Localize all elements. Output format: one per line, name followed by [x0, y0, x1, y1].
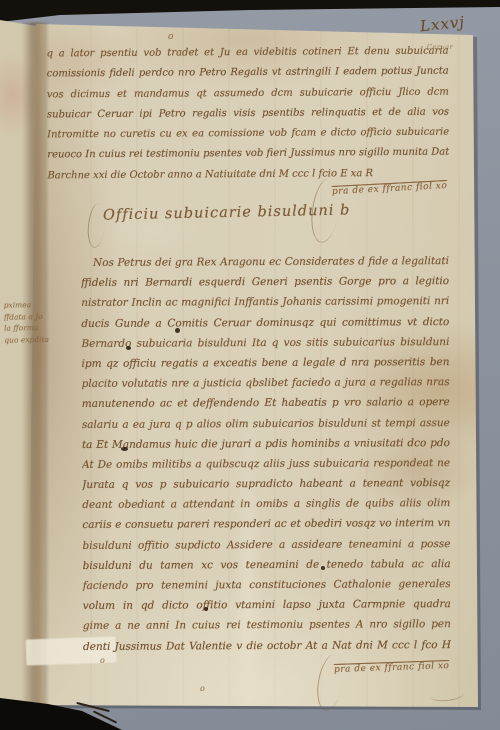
handwritten-line: nistrator Inclin ac magnifici Inffantis …: [81, 291, 449, 313]
left-margin-note: pximeaffdata a Jola fformaquo expdita: [4, 298, 81, 345]
handwritten-line: quo expdita: [4, 333, 80, 346]
handwritten-line: volum in qd dicto offitio vtamini lapso …: [83, 594, 451, 616]
handwritten-line: Bernardo subuicaria bisulduni Ita q vos …: [81, 332, 449, 354]
ink-blot: [321, 566, 325, 570]
handwritten-line: Jurata q vos p subuicario supradicto hab…: [82, 473, 450, 495]
handwritten-line: ffidelis nri Bernardi esquerdi Generi ps…: [81, 271, 449, 293]
pen-flourish: [429, 686, 464, 702]
handwritten-line: q a lator psentiu vob tradet et Ju ea vi…: [47, 42, 449, 65]
pen-trial-mark: o: [200, 684, 205, 693]
handwritten-line: deant obediant a attendant in omibs a si…: [82, 493, 450, 515]
handwritten-line: faciendo pro tenemini juxta constitucion…: [83, 574, 451, 596]
handwritten-line: Barchne xxi die Octobr anno a Natiuitate…: [47, 164, 393, 187]
handwritten-line: gime a ne anni In cuius rei testimoniu p…: [83, 614, 451, 636]
ink-blot: [121, 447, 128, 451]
handwritten-line: At De omibs militibs a quibscuqz aliis j…: [82, 453, 450, 475]
pen-trial-mark: o: [100, 656, 105, 665]
handwritten-line: manutenendo ac et deffendendo Et habeati…: [82, 392, 450, 414]
ink-blot: [204, 607, 208, 611]
handwritten-line: ta Et Mandamus huic die jurari a pdis ho…: [82, 433, 450, 455]
manuscript-photo: Lxxvj Ceruar q a lator psentiu vob trade…: [0, 0, 500, 730]
handwritten-line: salariu a ea jura q p alios olim subuica…: [82, 413, 450, 435]
folio-number: Lxxvj: [419, 13, 466, 36]
paragraph-2: Nos Petrus dei gra Rex Aragonu ec Consid…: [81, 251, 451, 657]
handwriting-layer: Lxxvj Ceruar q a lator psentiu vob trade…: [0, 0, 500, 730]
handwritten-line: bisulduni offitio supdicto Assidere a as…: [82, 534, 450, 556]
pen-trial-mark: o: [168, 32, 173, 42]
handwritten-line: Intromitte no curetis cu ex ea comission…: [47, 123, 449, 146]
handwritten-line: comissionis fideli perdco nro Petro Rega…: [47, 62, 449, 85]
ink-blot: [175, 328, 180, 333]
handwritten-line: placito volutatis nre a justicia qbslibe…: [82, 372, 450, 394]
ink-blot: [126, 346, 131, 350]
handwritten-line: ipm qz officiu regatis a exceatis bene a…: [81, 352, 449, 374]
paragraph-1: q a lator psentiu vob tradet et Ju ea vi…: [47, 42, 450, 187]
handwritten-line: bisulduni du tamen xc vos teneamini de t…: [83, 554, 451, 576]
pen-flourish: [313, 652, 348, 712]
chancery-note-bottom: pra de ex ffranc fiol xo: [334, 661, 450, 675]
handwritten-line: vos dicimus et mandamus qt assumedo dcm …: [47, 82, 449, 105]
handwritten-line: cariis e consuetu pareri responderi ac e…: [82, 513, 450, 535]
handwritten-line: denti Jussimus Dat Valentie v die octobr…: [83, 635, 451, 657]
handwritten-line: ducis Gunde a Comitis Ceruar dominusqz q…: [81, 312, 449, 334]
handwritten-line: reuoco In cuius rei testimoniu psentes v…: [47, 143, 449, 166]
handwritten-line: subuicar Ceruar ipi Petro regalis visis …: [47, 102, 449, 125]
handwritten-line: Nos Petrus dei gra Rex Aragonu ec Consid…: [81, 251, 449, 273]
